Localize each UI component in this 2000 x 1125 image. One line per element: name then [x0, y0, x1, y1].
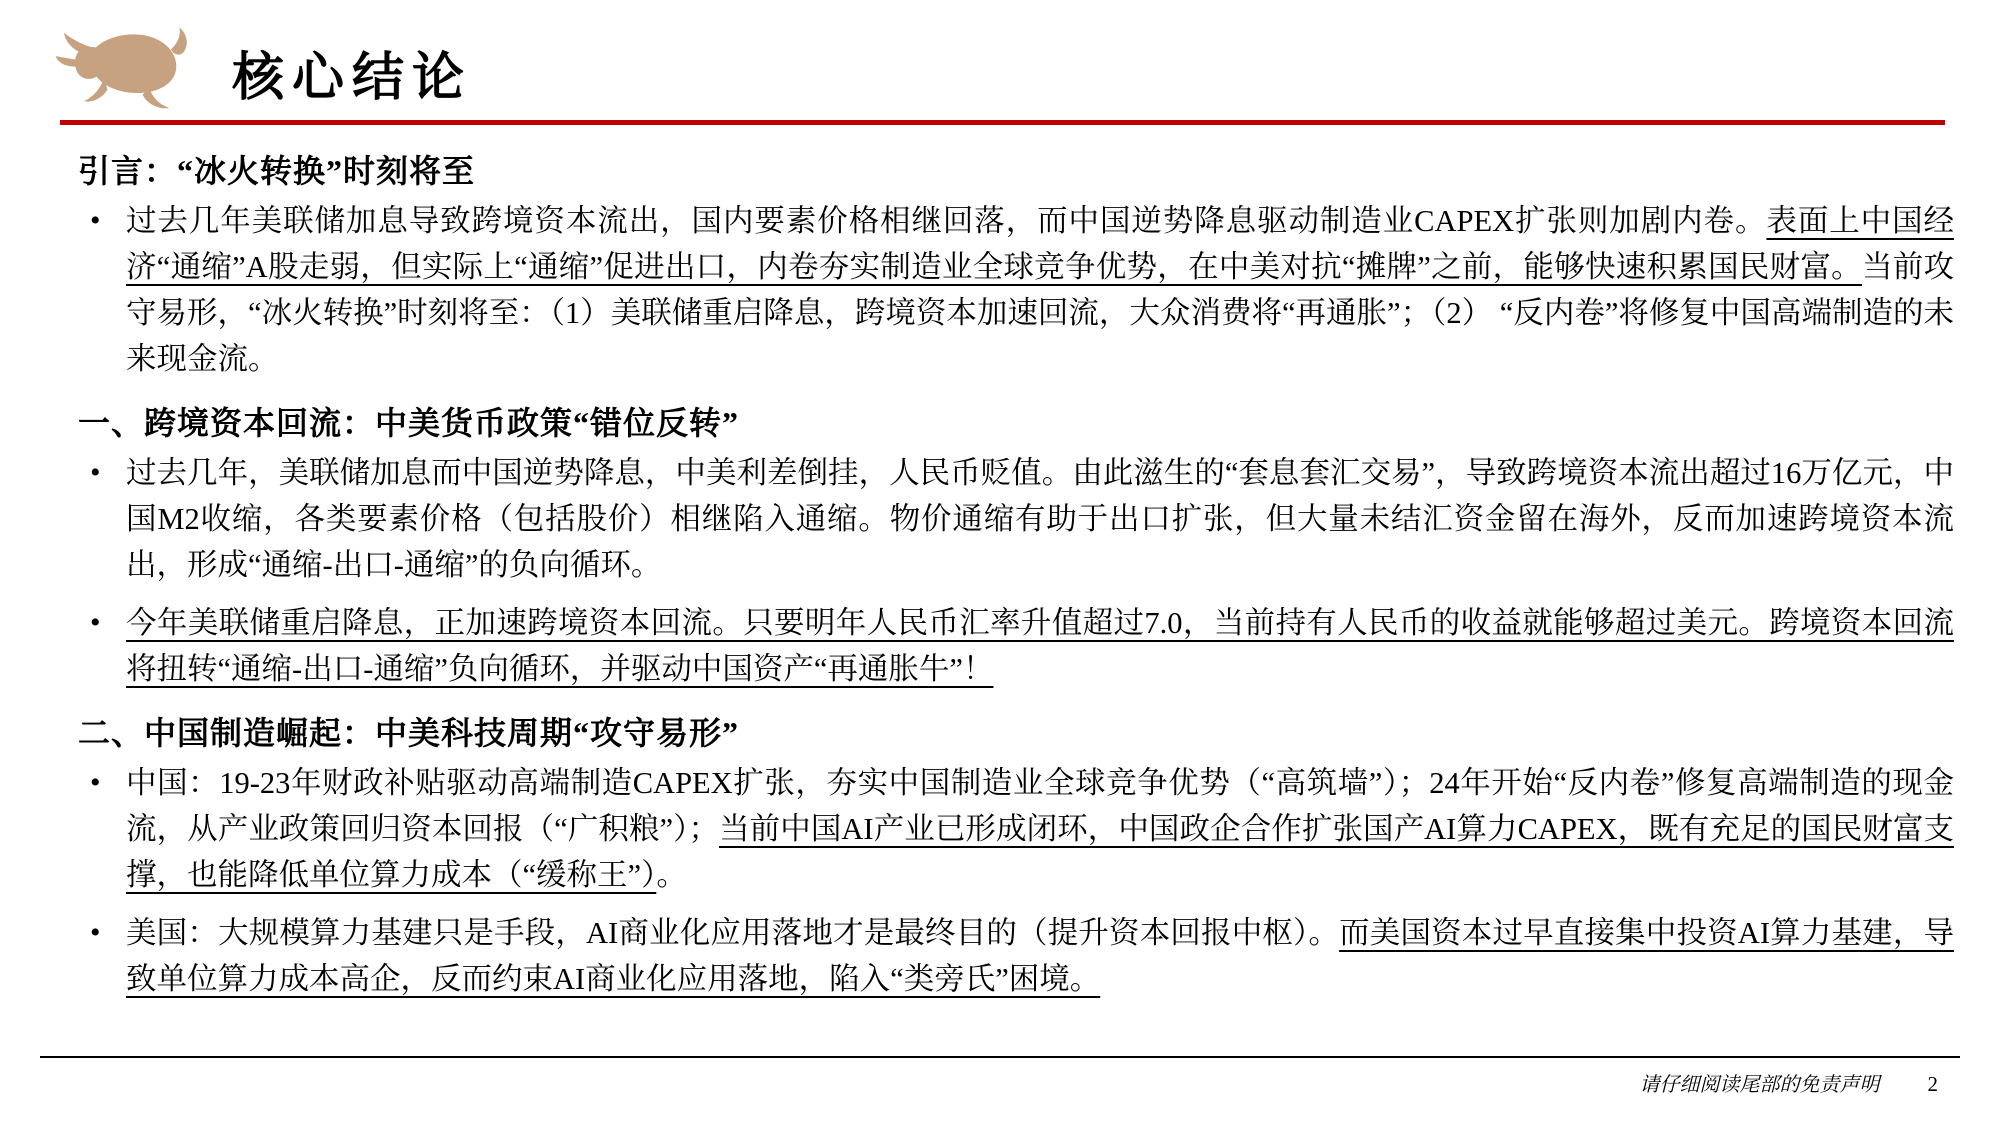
bullet-item: 过去几年，美联储加息而中国逆势降息，中美利差倒挂，人民币贬值。由此滋生的“套息套… — [78, 450, 1954, 588]
header-divider — [60, 120, 1945, 125]
bullet-item: 过去几年美联储加息导致跨境资本流出，国内要素价格相继回落，而中国逆势降息驱动制造… — [78, 198, 1954, 382]
bullet-item: 美国：大规模算力基建只是手段，AI商业化应用落地才是最终目的（提升资本回报中枢）… — [78, 910, 1954, 1002]
section-heading: 引言：“冰火转换”时刻将至 — [78, 146, 1954, 192]
bullet-item: 今年美联储重启降息，正加速跨境资本回流。只要明年人民币汇率升值超过7.0，当前持… — [78, 600, 1954, 692]
slide-content: 引言：“冰火转换”时刻将至过去几年美联储加息导致跨境资本流出，国内要素价格相继回… — [78, 138, 1954, 1014]
bullet-list: 过去几年美联储加息导致跨境资本流出，国内要素价格相继回落，而中国逆势降息驱动制造… — [78, 198, 1954, 382]
footer-disclaimer: 请仔细阅读尾部的免责声明 — [1640, 1068, 1880, 1097]
footer-page-number: 2 — [1928, 1072, 1939, 1097]
slide-header: 核心结论 — [55, 26, 472, 118]
underlined-text: 今年美联储重启降息，正加速跨境资本回流。只要明年人民币汇率升值超过7.0，当前持… — [126, 606, 1954, 686]
slide-footer: 请仔细阅读尾部的免责声明 2 — [1640, 1068, 1939, 1097]
footer-divider — [40, 1056, 1960, 1058]
body-text: 过去几年美联储加息导致跨境资本流出，国内要素价格相继回落，而中国逆势降息驱动制造… — [126, 204, 1766, 238]
body-text: 。 — [656, 858, 687, 892]
section-heading: 二、中国制造崛起：中美科技周期“攻守易形” — [78, 708, 1954, 754]
page-title: 核心结论 — [232, 35, 472, 110]
body-text: 过去几年，美联储加息而中国逆势降息，中美利差倒挂，人民币贬值。由此滋生的“套息套… — [126, 456, 1954, 582]
body-text: 美国：大规模算力基建只是手段，AI商业化应用落地才是最终目的（提升资本回报中枢）… — [126, 916, 1339, 950]
section-heading: 一、跨境资本回流：中美货币政策“错位反转” — [78, 398, 1954, 444]
bullet-list: 过去几年，美联储加息而中国逆势降息，中美利差倒挂，人民币贬值。由此滋生的“套息套… — [78, 450, 1954, 692]
slide: 核心结论 引言：“冰火转换”时刻将至过去几年美联储加息导致跨境资本流出，国内要素… — [0, 0, 2000, 1125]
bullet-list: 中国：19-23年财政补贴驱动高端制造CAPEX扩张，夯实中国制造业全球竞争优势… — [78, 760, 1954, 1002]
bull-logo-icon — [55, 26, 190, 118]
bullet-item: 中国：19-23年财政补贴驱动高端制造CAPEX扩张，夯实中国制造业全球竞争优势… — [78, 760, 1954, 898]
